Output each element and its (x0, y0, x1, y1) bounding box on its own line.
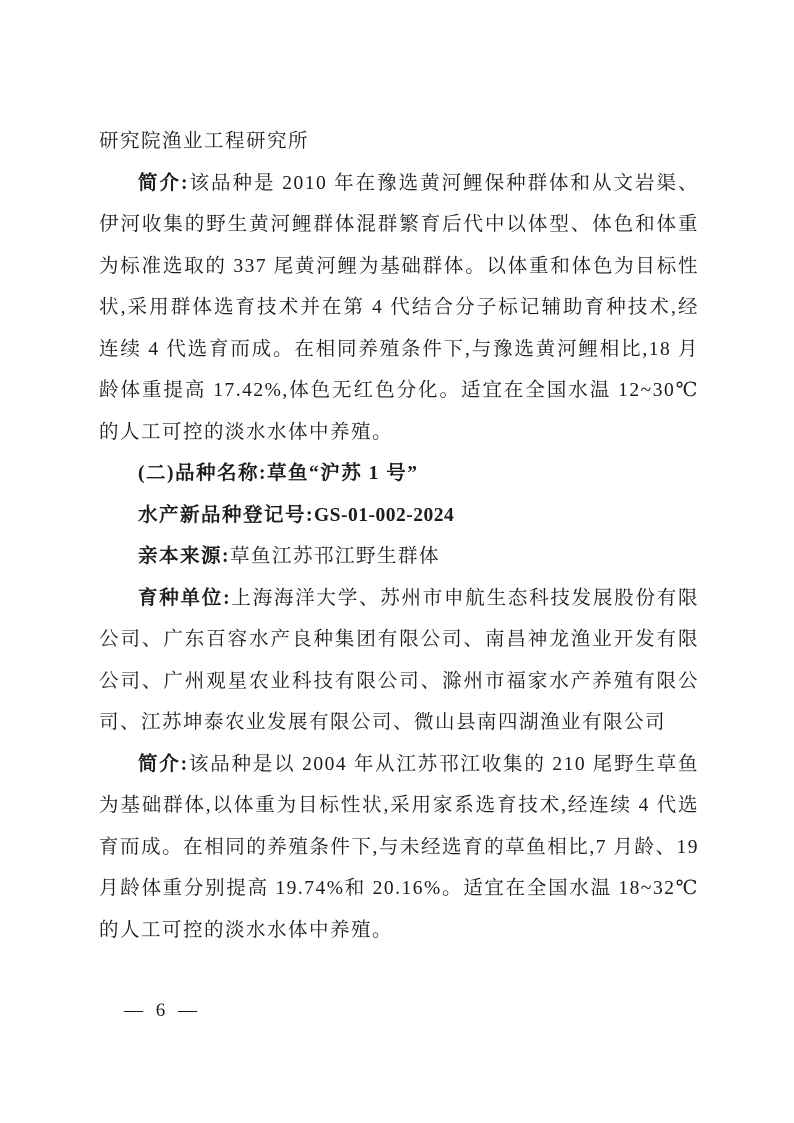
intro-label-1: 简介: (138, 173, 189, 194)
section-heading-variety-name: (二)品种名称:草鱼“沪苏 1 号” (99, 453, 699, 495)
registration-number-line: 水产新品种登记号:GS-01-002-2024 (99, 495, 699, 537)
parent-source-label: 亲本来源: (138, 546, 230, 567)
intro-body-1: 该品种是 2010 年在豫选黄河鲤保种群体和从文岩渠、伊河收集的野生黄河鲤群体混… (99, 173, 699, 443)
huanghe-carp-intro-paragraph: 简介:该品种是 2010 年在豫选黄河鲤保种群体和从文岩渠、伊河收集的野生黄河鲤… (99, 163, 699, 454)
parent-source-value: 草鱼江苏邗江野生群体 (230, 546, 440, 567)
breeding-units-value: 上海海洋大学、苏州市申航生态科技发展股份有限公司、广东百容水产良种集团有限公司、… (99, 588, 699, 734)
breeding-units-paragraph: 育种单位:上海海洋大学、苏州市申航生态科技发展股份有限公司、广东百容水产良种集团… (99, 578, 699, 744)
grass-carp-intro-paragraph: 简介:该品种是以 2004 年从江苏邗江收集的 210 尾野生草鱼为基础群体,以… (99, 744, 699, 952)
document-page: 研究院渔业工程研究所 简介:该品种是 2010 年在豫选黄河鲤保种群体和从文岩渠… (0, 0, 794, 1123)
document-body: 研究院渔业工程研究所 简介:该品种是 2010 年在豫选黄河鲤保种群体和从文岩渠… (99, 121, 699, 951)
breeding-units-label: 育种单位: (138, 588, 231, 609)
registration-label: 水产新品种登记号: (138, 505, 314, 526)
page-number: — 6 — (124, 1000, 201, 1022)
parent-source-line: 亲本来源:草鱼江苏邗江野生群体 (99, 536, 699, 578)
continuation-line: 研究院渔业工程研究所 (99, 121, 699, 163)
intro-body-2: 该品种是以 2004 年从江苏邗江收集的 210 尾野生草鱼为基础群体,以体重为… (99, 754, 699, 941)
registration-value: GS-01-002-2024 (314, 505, 454, 526)
intro-label-2: 简介: (138, 754, 189, 775)
